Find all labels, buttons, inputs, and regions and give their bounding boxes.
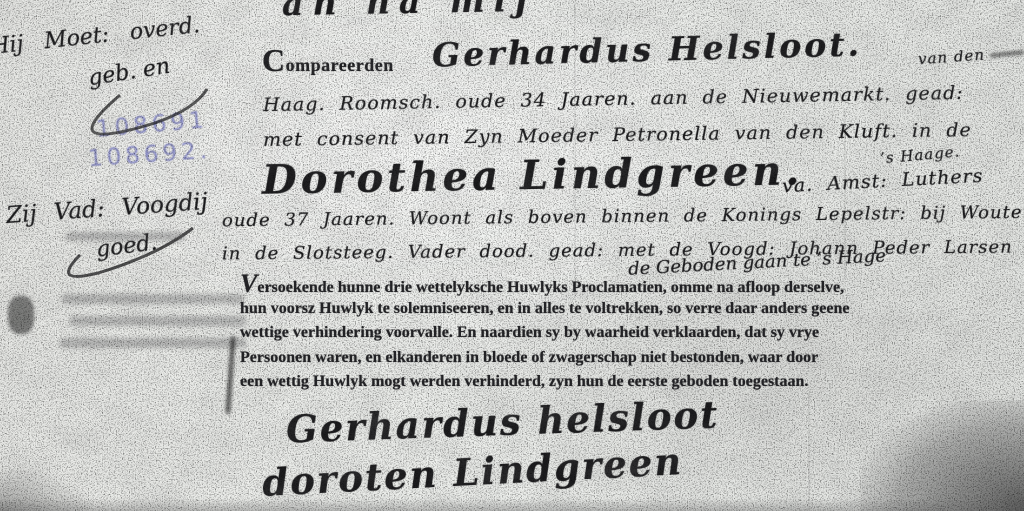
bride-origin: va. Amst: Luthers	[782, 165, 984, 198]
printed-formula-block: Versoekende hunne drie wettelyksche Huwl…	[240, 272, 1016, 395]
margin-note-groom-2: geb. en	[87, 54, 172, 92]
groom-name: Gerhardus Helsloot.	[432, 24, 863, 74]
printed-formula-line: wettige verhindering voorvalle. En naard…	[240, 321, 1016, 346]
groom-details-line2: met consent van Zyn Moeder Petronella va…	[263, 119, 972, 151]
bride-name: Dorothea Lindgreen.	[262, 147, 804, 203]
printed-word-compareerden: Compareerden	[262, 42, 394, 79]
bride-details-line2: in de Slotsteeg. Vader dood. gead: met d…	[222, 237, 1013, 265]
ink-blot	[8, 296, 34, 334]
printed-formula-line: Persoonen waren, en elkanderen in bloede…	[240, 346, 1016, 371]
groom-name-suffix: van den	[917, 46, 985, 69]
printed-formula-line: hun voorsz Huwlyk te solemniseeren, en i…	[240, 297, 1016, 322]
margin-note-bride: Zij Vad: Voogdij	[5, 189, 208, 229]
registration-number-stamp-1: 108691	[95, 107, 209, 143]
groom-details-line1: Haag. Roomsch. oude 34 Jaaren. aan de Ni…	[263, 82, 964, 116]
bleedthrough-mark	[62, 294, 244, 304]
bride-details-line1: oude 37 Jaaren. Woont als boven binnen d…	[222, 202, 1024, 232]
fold-crease	[574, 0, 576, 300]
page-edge-shadow-bottom	[0, 498, 1024, 511]
bleedthrough-mark	[60, 338, 246, 348]
fold-crease	[808, 392, 810, 511]
page-edge-shadow-bottom-right	[860, 400, 1024, 511]
scanned-document-page: an na mij Hij Moet: overd. geb. en 10869…	[0, 0, 1024, 511]
registration-number-stamp-2: 108692.	[87, 138, 212, 173]
bleedthrough-mark	[66, 232, 184, 241]
bleedthrough-mark	[70, 316, 246, 326]
previous-entry-fragment: an na mij	[282, 0, 537, 23]
groom-residence-insert: ’s Haage.	[879, 143, 961, 168]
printed-formula-line: een wettig Huwlyk mogt werden verhinderd…	[240, 370, 1016, 395]
pen-stroke-mark	[990, 50, 1024, 58]
margin-note-groom: Hij Moet: overd.	[0, 13, 201, 60]
